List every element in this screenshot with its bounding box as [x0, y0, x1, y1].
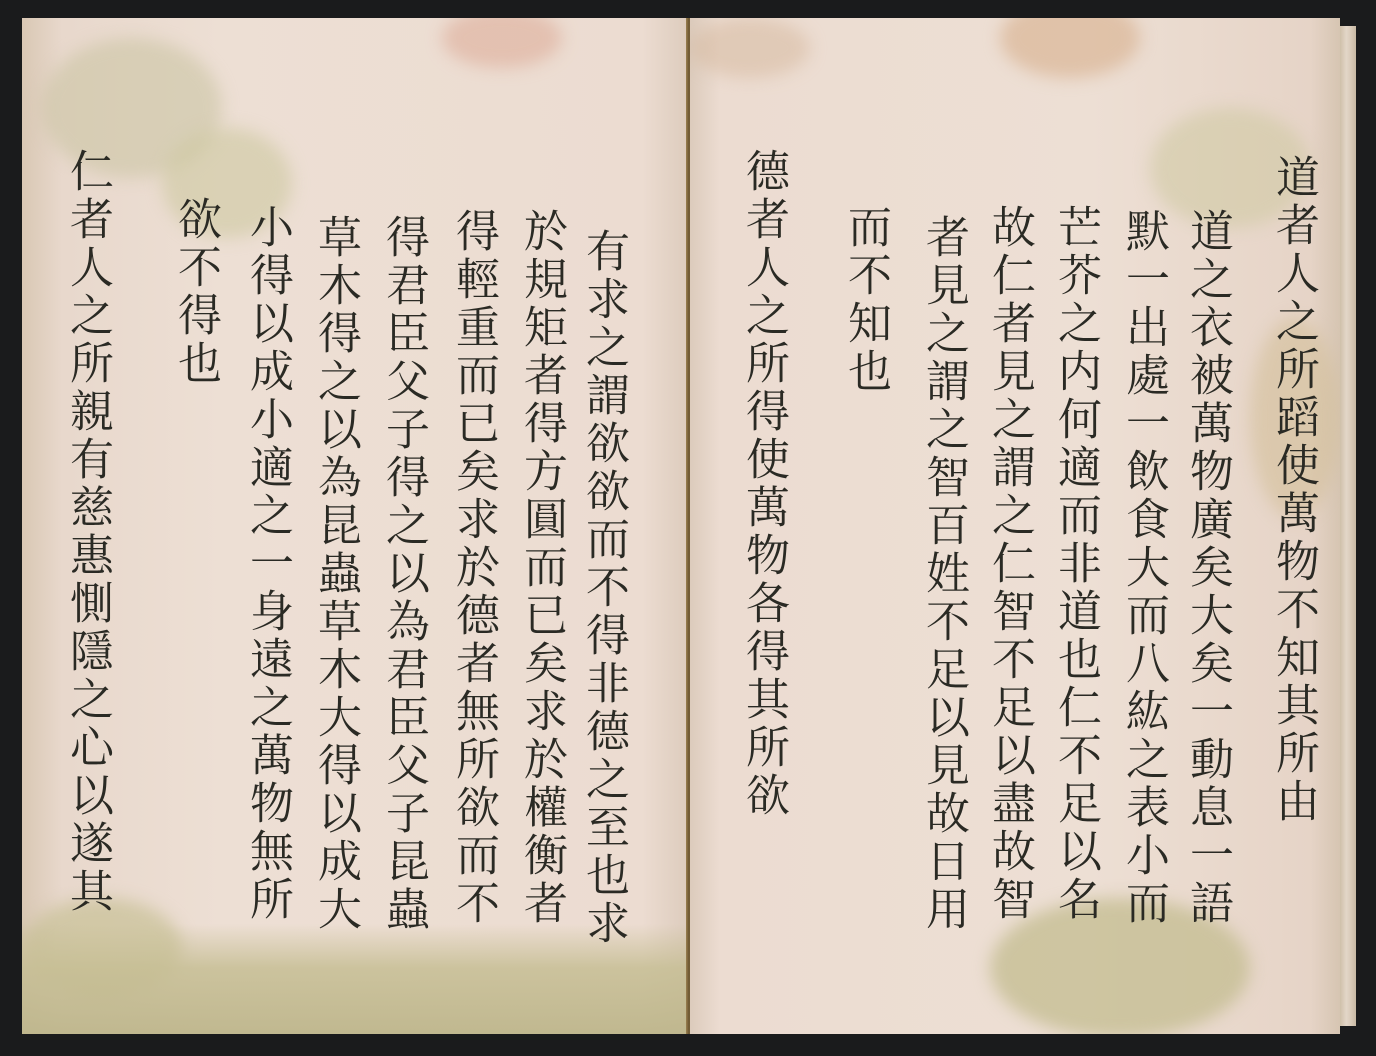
text-column: 欲不得也	[170, 196, 220, 388]
text-column: 默一出處一飲食大而八紘之表小而	[1118, 208, 1168, 928]
text-column: 有求之謂欲欲而不得非德之至也求	[578, 228, 628, 948]
water-stain	[1000, 18, 1140, 78]
text-column: 故仁者見之謂之仁智不足以盡故智	[984, 204, 1034, 924]
text-column: 於規矩者得方圓而已矣求於權衡者	[516, 208, 566, 928]
text-column: 小得以成小適之一身遠之萬物無所	[242, 204, 292, 924]
text-column: 仁者人之所親有慈惠惻隱之心以遂其	[62, 148, 112, 916]
text-column: 德者人之所得使萬物各得其所欲	[738, 148, 788, 820]
left-page: 有求之謂欲欲而不得非德之至也求 於規矩者得方圓而已矣求於權衡者 得輕重而已矣求於…	[22, 18, 690, 1034]
text-column: 道者人之所蹈使萬物不知其所由	[1268, 154, 1318, 826]
water-stain	[690, 18, 810, 78]
water-stain	[442, 18, 562, 68]
text-column: 者見之謂之智百姓不足以見故日用	[918, 214, 968, 934]
book-spread: 有求之謂欲欲而不得非德之至也求 於規矩者得方圓而已矣求於權衡者 得輕重而已矣求於…	[0, 0, 1376, 1056]
text-column: 芒芥之内何適而非道也仁不足以名	[1050, 204, 1100, 924]
text-column: 草木得之以為昆蟲草木大得以成大	[310, 214, 360, 934]
text-column: 得君臣父子得之以為君臣父子昆蟲	[378, 214, 428, 934]
page-edges	[1340, 26, 1356, 1026]
text-column: 而不知也	[840, 204, 890, 396]
text-column: 得輕重而已矣求於德者無所欲而不	[448, 208, 498, 928]
text-column: 道之衣被萬物廣矣大矣一動息一語	[1182, 208, 1232, 928]
right-page: 道者人之所蹈使萬物不知其所由 道之衣被萬物廣矣大矣一動息一語 默一出處一飲食大而…	[690, 18, 1340, 1034]
